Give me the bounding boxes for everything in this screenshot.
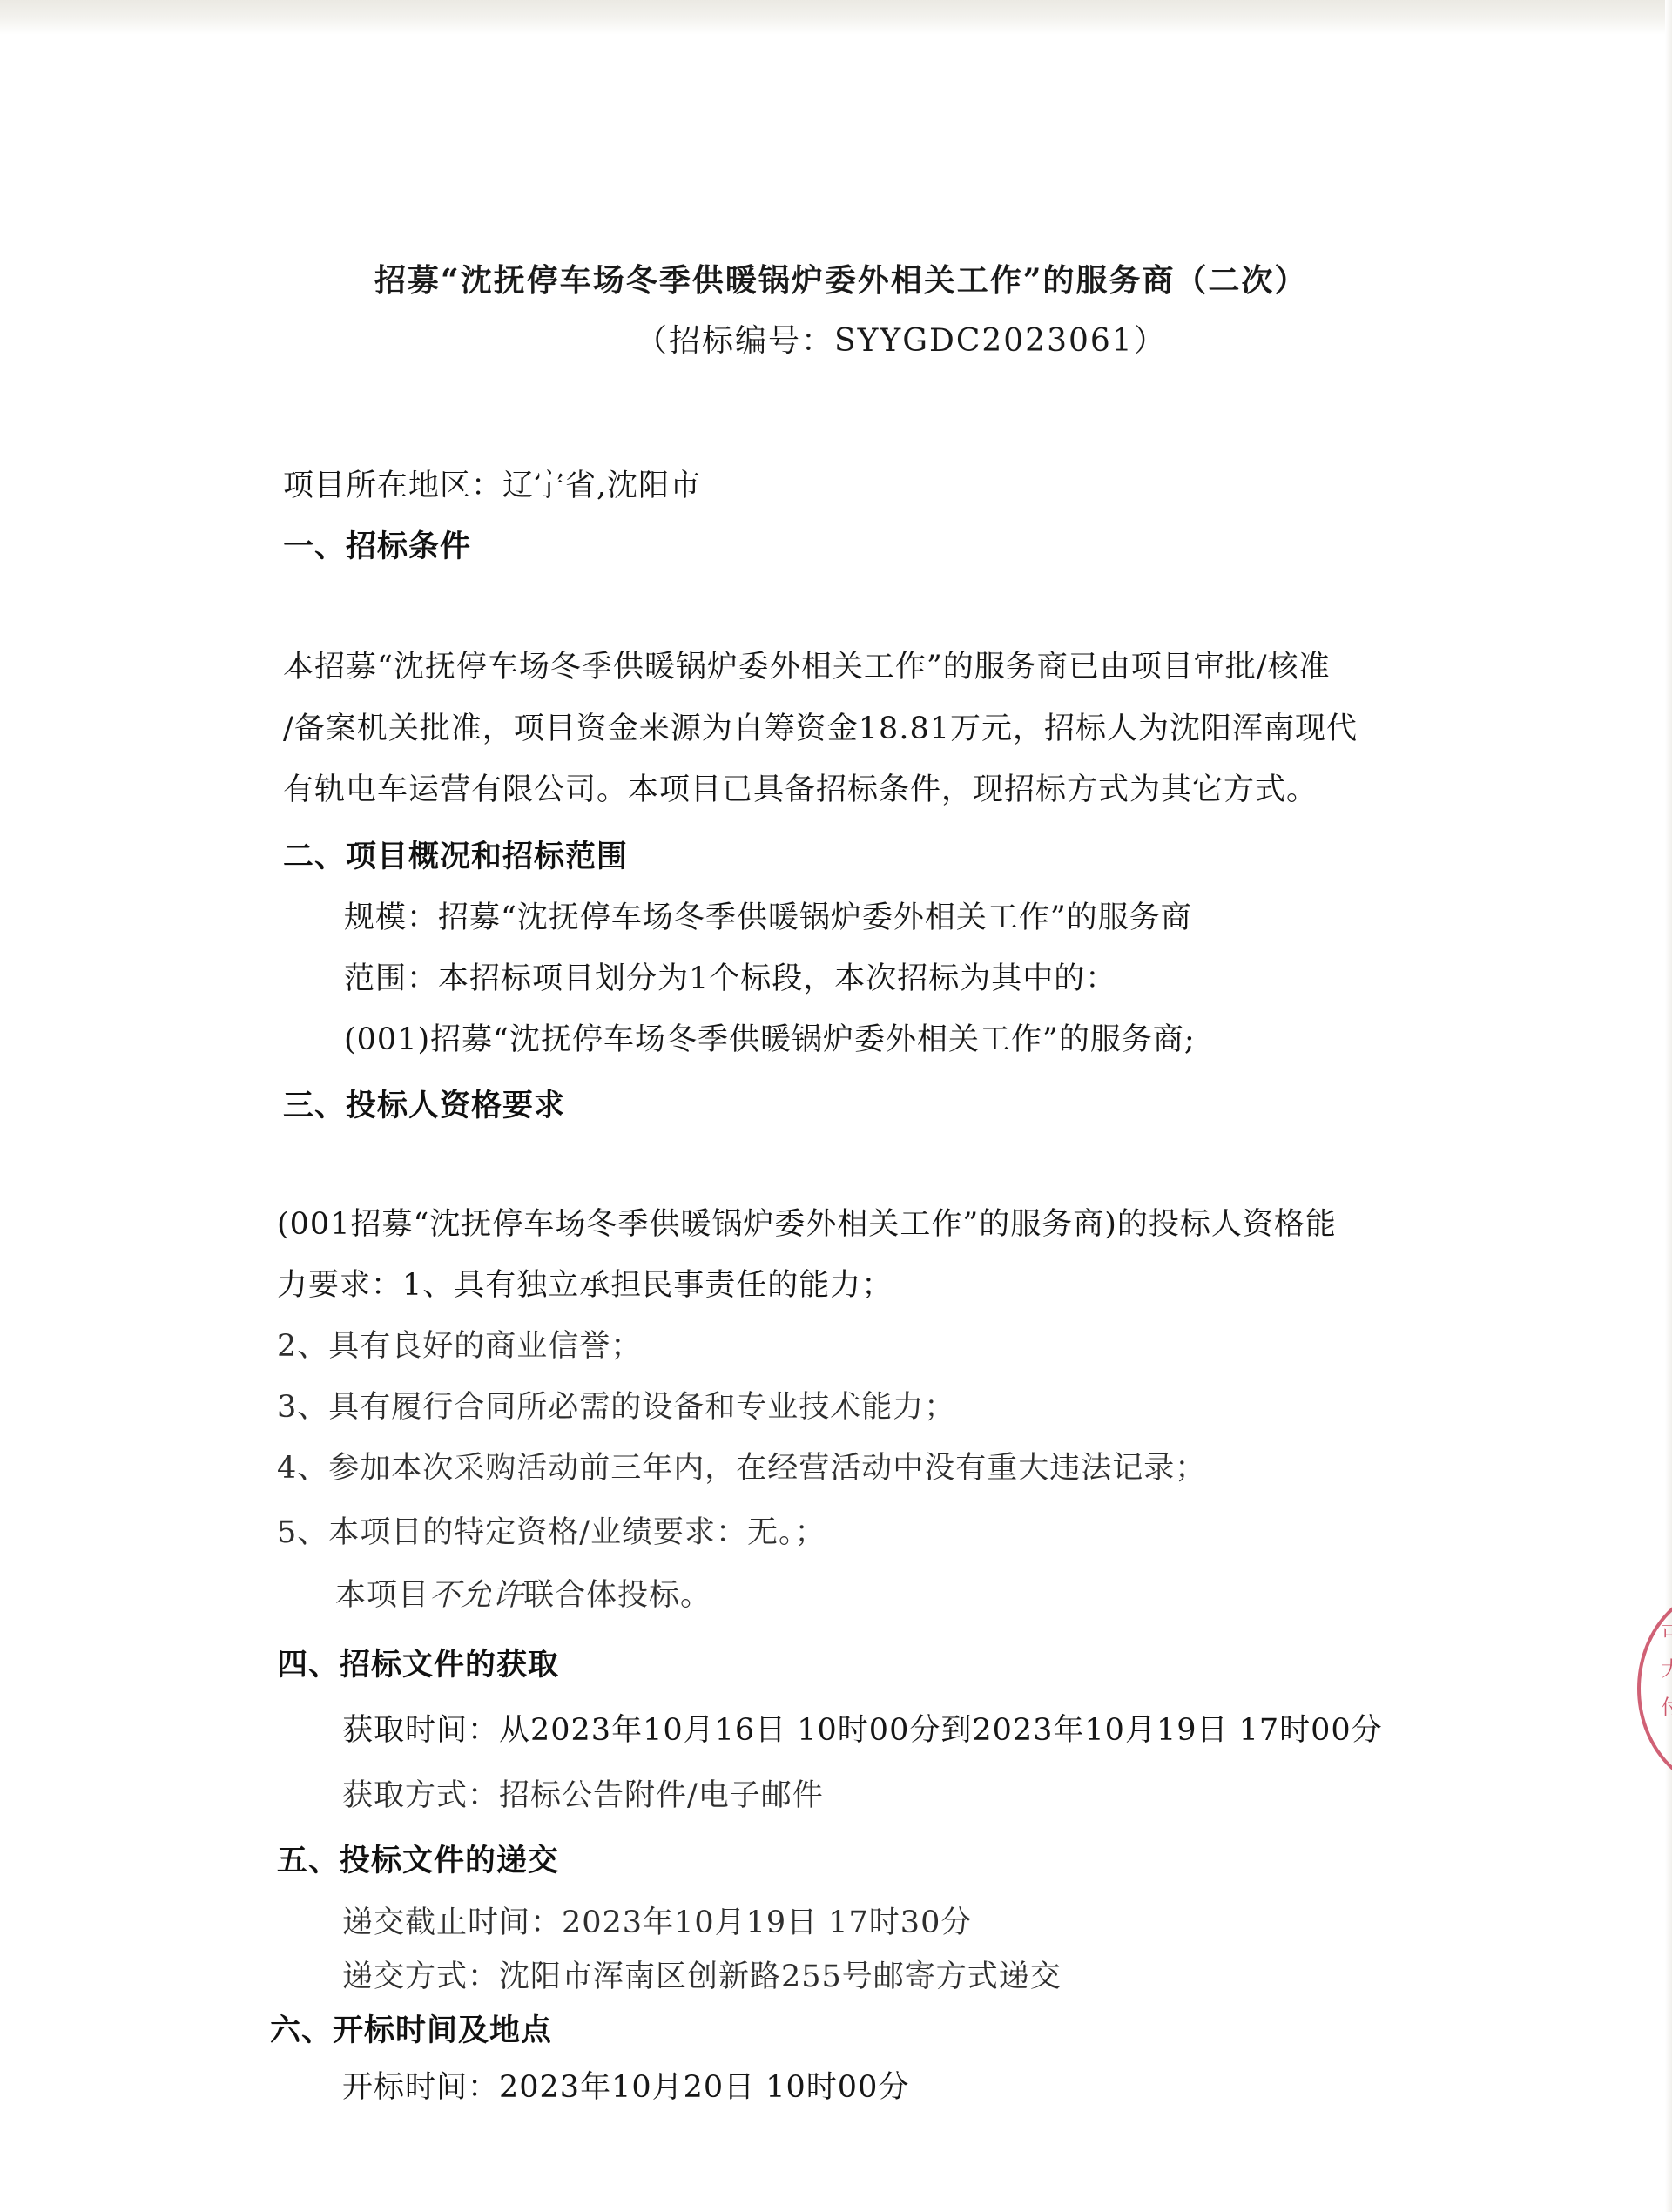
section-3-line-1: (001招募“沈抚停车场冬季供暖锅炉委外相关工作”的服务商)的投标人资格能: [277, 1205, 1337, 1244]
section-2-scale: 规模：招募“沈抚停车场冬季供暖锅炉委外相关工作”的服务商: [344, 899, 1192, 937]
project-region: 项目所在地区：辽宁省,沈阳市: [283, 467, 701, 505]
acquisition-time: 获取时间：从2023年10月16日 10时00分到2023年10月19日 17时…: [342, 1711, 1383, 1750]
section-1-line-1: 本招募“沈抚停车场冬季供暖锅炉委外相关工作”的服务商已由项目审批/核准: [283, 648, 1331, 686]
section-3-requirement-2: 2、具有良好的商业信誉；: [277, 1327, 642, 1366]
acquisition-method: 获取方式：招标公告附件/电子邮件: [342, 1777, 824, 1815]
consortium-note-prefix: 本项目: [335, 1578, 429, 1613]
bid-number: （招标编号：SYYGDC2023061）: [636, 322, 1167, 361]
section-heading-bidding-conditions: 一、招标条件: [283, 528, 471, 566]
consortium-note-emphasis: 不允许: [429, 1578, 523, 1613]
section-heading-bidder-qualifications: 三、投标人资格要求: [283, 1087, 565, 1125]
consortium-note-suffix: 联合体投标。: [523, 1578, 711, 1613]
document-title: 招募“沈抚停车场冬季供暖锅炉委外相关工作”的服务商（二次）: [374, 261, 1307, 300]
consortium-note: 本项目不允许联合体投标。: [335, 1576, 711, 1615]
section-1-line-2: /备案机关批准，项目资金来源为自筹资金18.81万元，招标人为沈阳浑南现代: [283, 710, 1358, 748]
section-2-lot-001: (001)招募“沈抚停车场冬季供暖锅炉委外相关工作”的服务商;: [344, 1021, 1196, 1059]
section-3-requirement-4: 4、参加本次采购活动前三年内，在经营活动中没有重大违法记录；: [277, 1449, 1206, 1487]
section-3-requirement-5: 5、本项目的特定资格/业绩要求：无。；: [277, 1514, 826, 1552]
section-2-scope: 范围：本招标项目划分为1个标段，本次招标为其中的：: [344, 960, 1116, 998]
section-heading-bid-opening: 六、开标时间及地点: [270, 2012, 552, 2050]
submission-deadline: 递交截止时间：2023年10月19日 17时30分: [342, 1904, 972, 1942]
scan-right-edge: [1665, 0, 1672, 2212]
section-1-line-3: 有轨电车运营有限公司。本项目已具备招标条件，现招标方式为其它方式。: [283, 771, 1318, 809]
scan-top-shading: [0, 0, 1672, 35]
company-seal-text: 司 大 付: [1655, 1620, 1672, 1722]
section-heading-project-overview: 二、项目概况和招标范围: [283, 838, 628, 876]
submission-method: 递交方式：沈阳市浑南区创新路255号邮寄方式递交: [342, 1958, 1062, 1996]
bid-opening-time: 开标时间：2023年10月20日 10时00分: [342, 2068, 909, 2107]
section-3-requirement-1: 力要求：1、具有独立承担民事责任的能力；: [277, 1266, 893, 1305]
section-3-requirement-3: 3、具有履行合同所必需的设备和专业技术能力；: [277, 1388, 955, 1426]
section-heading-bid-submission: 五、投标文件的递交: [277, 1842, 559, 1880]
section-heading-document-acquisition: 四、招标文件的获取: [277, 1646, 559, 1684]
